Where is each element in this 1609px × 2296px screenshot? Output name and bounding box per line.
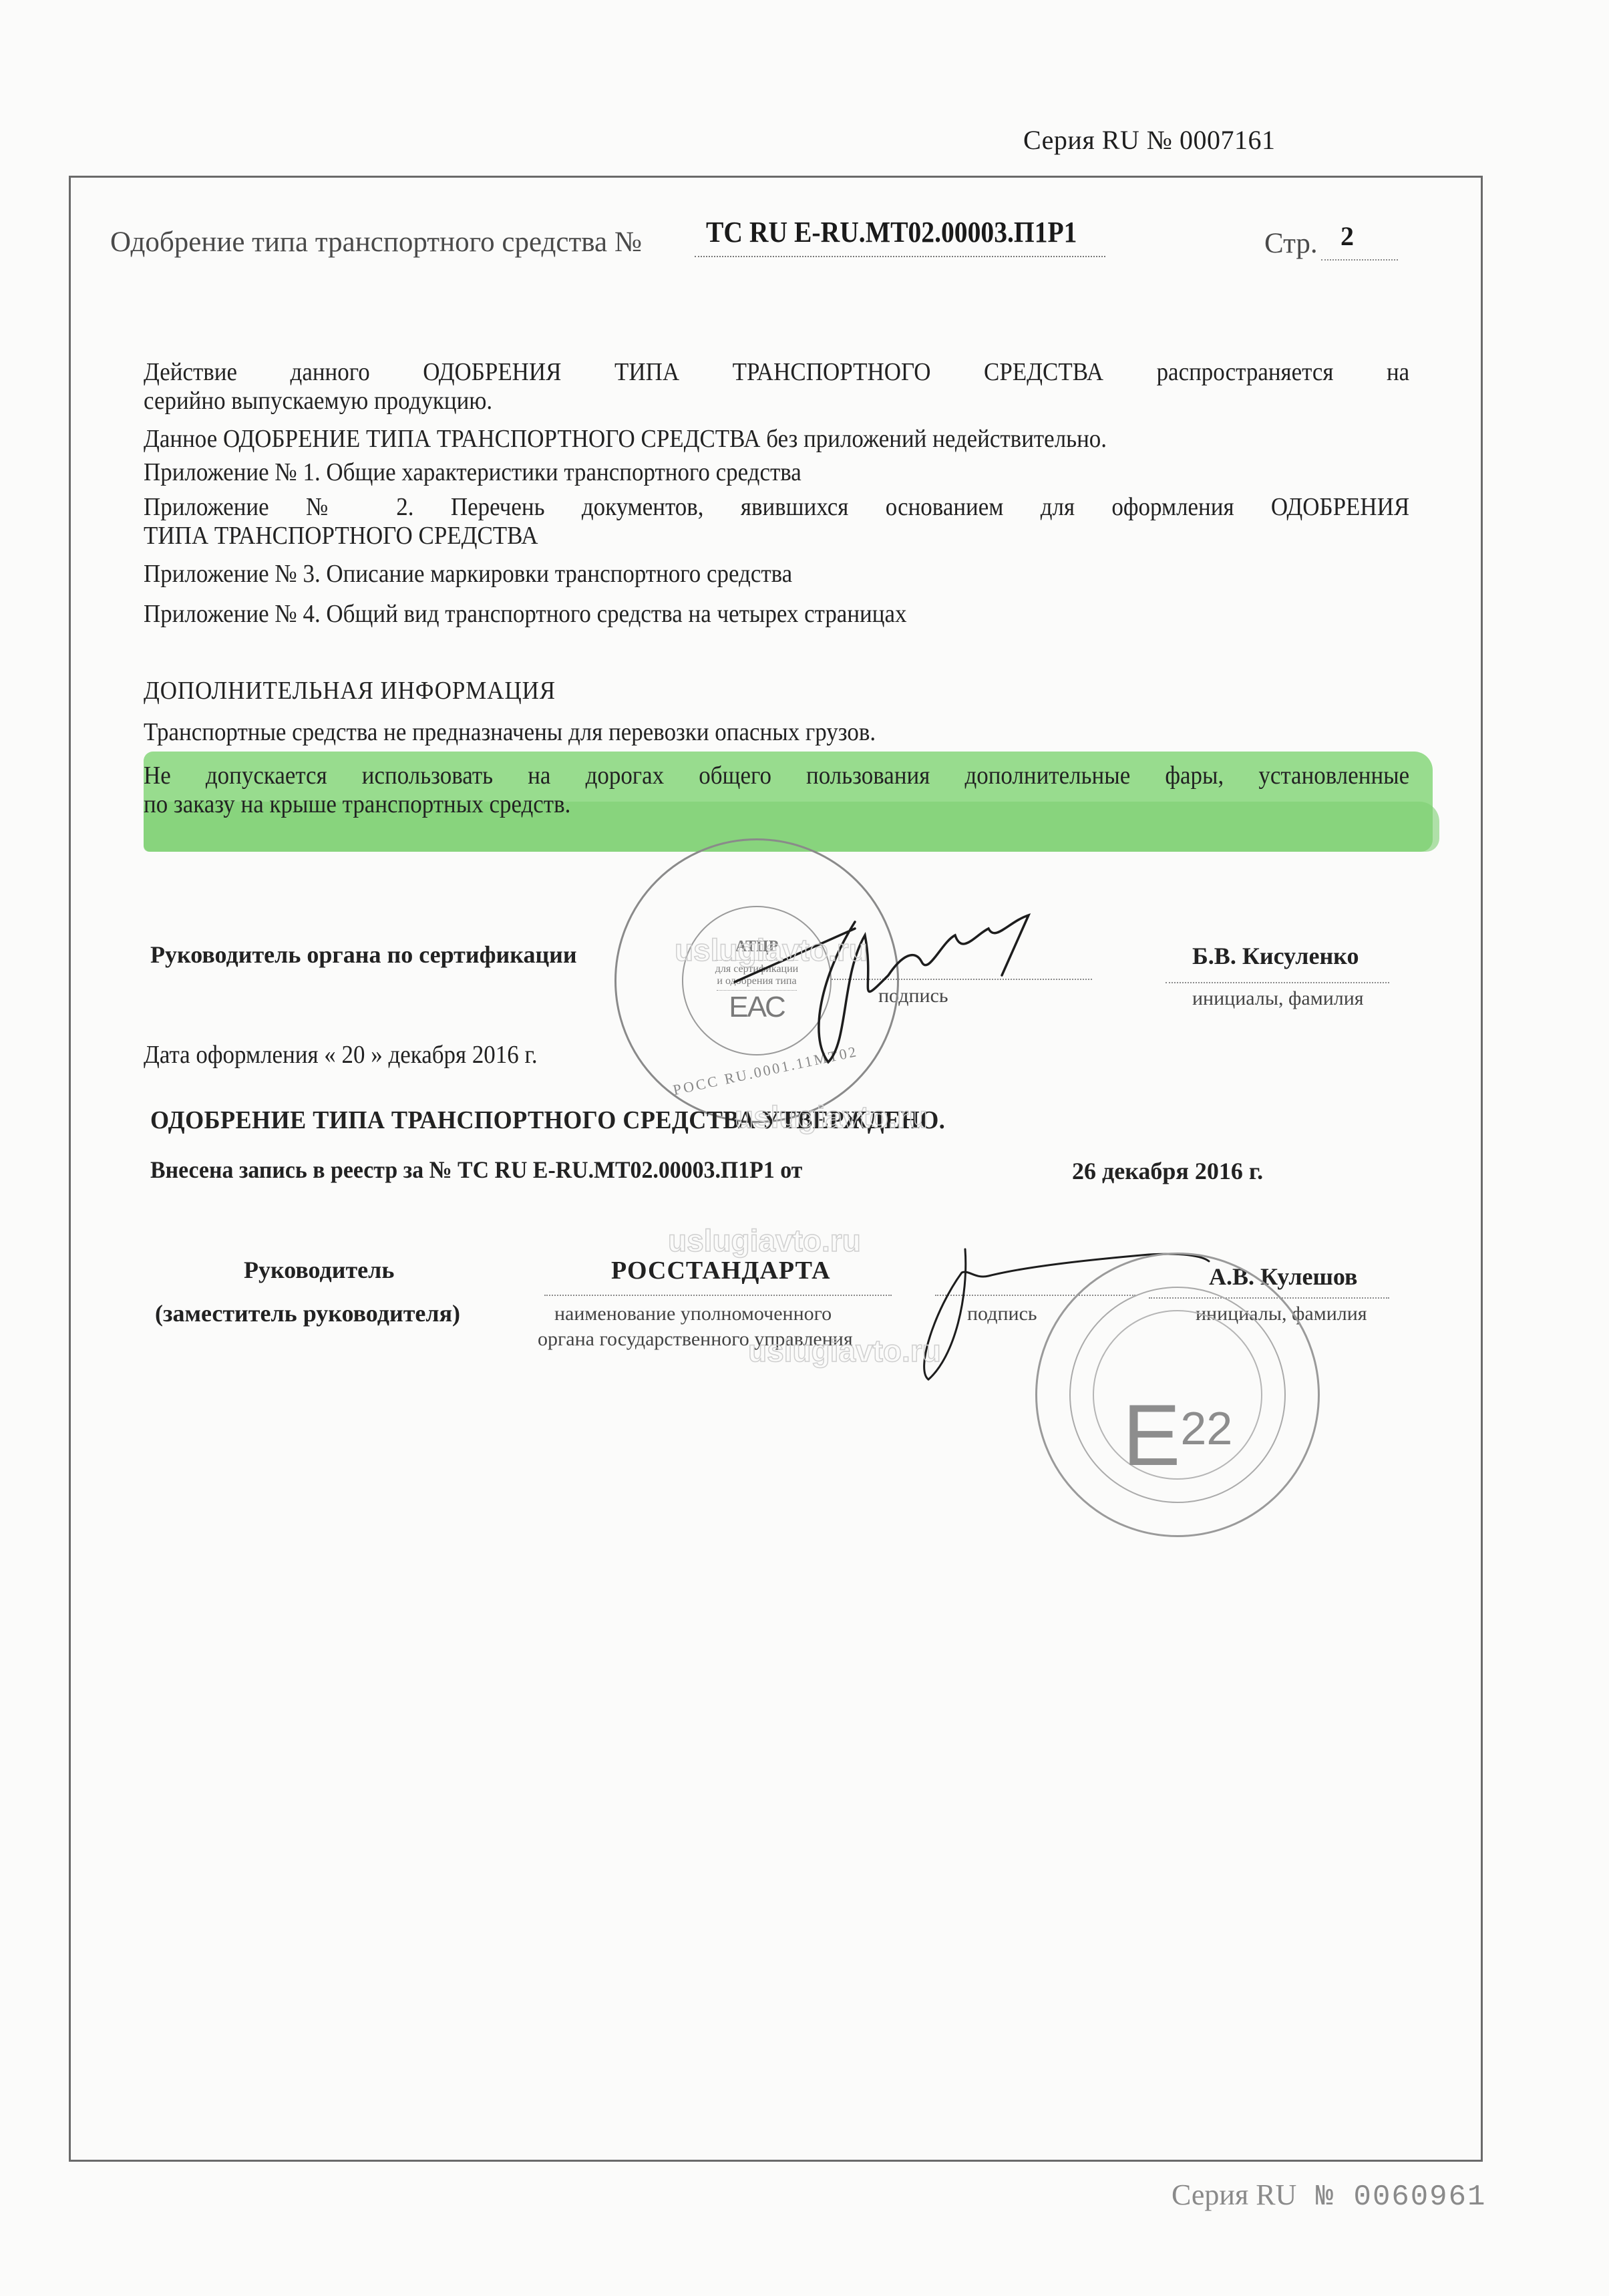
authority-role-line1: Руководитель: [244, 1256, 394, 1284]
e22-stamp: E 22: [1035, 1253, 1320, 1537]
authority-name: РОССТАНДАРТА: [611, 1256, 831, 1285]
authority-caption-line1: наименование уполномоченного: [554, 1303, 832, 1325]
watermark: uslugiavto.ru: [675, 932, 868, 968]
appendix-4: Приложение № 4. Общий вид транспортного …: [144, 600, 1311, 629]
additional-info-line1: Транспортные средства не предназначены д…: [144, 718, 1311, 747]
certification-head-role: Руководитель органа по сертификации: [150, 941, 577, 969]
serial-bottom-number: № 0060961: [1316, 2180, 1487, 2214]
e22-stamp-ring: E 22: [1069, 1287, 1286, 1503]
e22-stamp-core: E 22: [1093, 1310, 1262, 1480]
serial-number-bottom: Серия RU № 0060961: [1172, 2178, 1486, 2214]
highlighted-note: Не допускается использовать на дорогах о…: [144, 762, 1311, 819]
appendix-1: Приложение № 1. Общие характеристики тра…: [144, 458, 1311, 487]
appendix-3: Приложение № 3. Описание маркировки тран…: [144, 560, 1311, 589]
page-number-underline: [1321, 259, 1398, 261]
highlighted-note-line2: по заказу на крыше транспортных средств.: [144, 790, 1311, 819]
highlighted-note-line1: Не допускается использовать на дорогах о…: [144, 762, 1409, 790]
additional-info-title: ДОПОЛНИТЕЛЬНАЯ ИНФОРМАЦИЯ: [144, 676, 556, 705]
paragraph-scope-line1: Действие данного ОДОБРЕНИЯ ТИПА ТРАНСПОР…: [144, 358, 1409, 387]
page-label: Стр.: [1264, 227, 1318, 260]
approval-number-underline: [695, 256, 1105, 257]
registry-entry: Внесена запись в реестр за № ТС RU E-RU.…: [150, 1156, 802, 1184]
e-mark-icon: E: [1123, 1391, 1181, 1478]
appendix-2: Приложение № 2. Перечень документов, яви…: [144, 493, 1311, 550]
appendix-2-line2: ТИПА ТРАНСПОРТНОГО СРЕДСТВА: [144, 522, 1311, 550]
serial-bottom-prefix: Серия RU: [1172, 2178, 1296, 2211]
watermark: uslugiavto.ru: [748, 1333, 941, 1369]
certification-head-name: Б.В. Кисуленко: [1192, 942, 1359, 970]
authority-role-line2: (заместитель руководителя): [155, 1299, 460, 1327]
e-mark-number: 22: [1180, 1405, 1232, 1452]
name-line-1: [1166, 982, 1389, 983]
watermark: uslugiavto.ru: [668, 1222, 861, 1259]
paragraph-scope-line2: серийно выпускаемую продукцию.: [144, 387, 1311, 416]
appendix-2-line1: Приложение № 2. Перечень документов, яви…: [144, 493, 1409, 522]
paragraph-validity: Данное ОДОБРЕНИЕ ТИПА ТРАНСПОРТНОГО СРЕД…: [144, 425, 1311, 454]
name-caption-1: инициалы, фамилия: [1192, 987, 1364, 1010]
header-label: Одобрение типа транспортного средства №: [110, 226, 642, 259]
authority-line: [544, 1295, 892, 1296]
paragraph-scope: Действие данного ОДОБРЕНИЯ ТИПА ТРАНСПОР…: [144, 358, 1311, 416]
watermark: uslugiavto.ru: [735, 1099, 928, 1135]
serial-number-top: Серия RU № 0007161: [1023, 124, 1275, 156]
issue-date: Дата оформления « 20 » декабря 2016 г.: [144, 1041, 1311, 1070]
approval-number: ТС RU E-RU.MT02.00003.П1Р1: [706, 215, 1077, 249]
page-number: 2: [1340, 220, 1354, 252]
registry-date: 26 декабря 2016 г.: [1072, 1157, 1263, 1185]
